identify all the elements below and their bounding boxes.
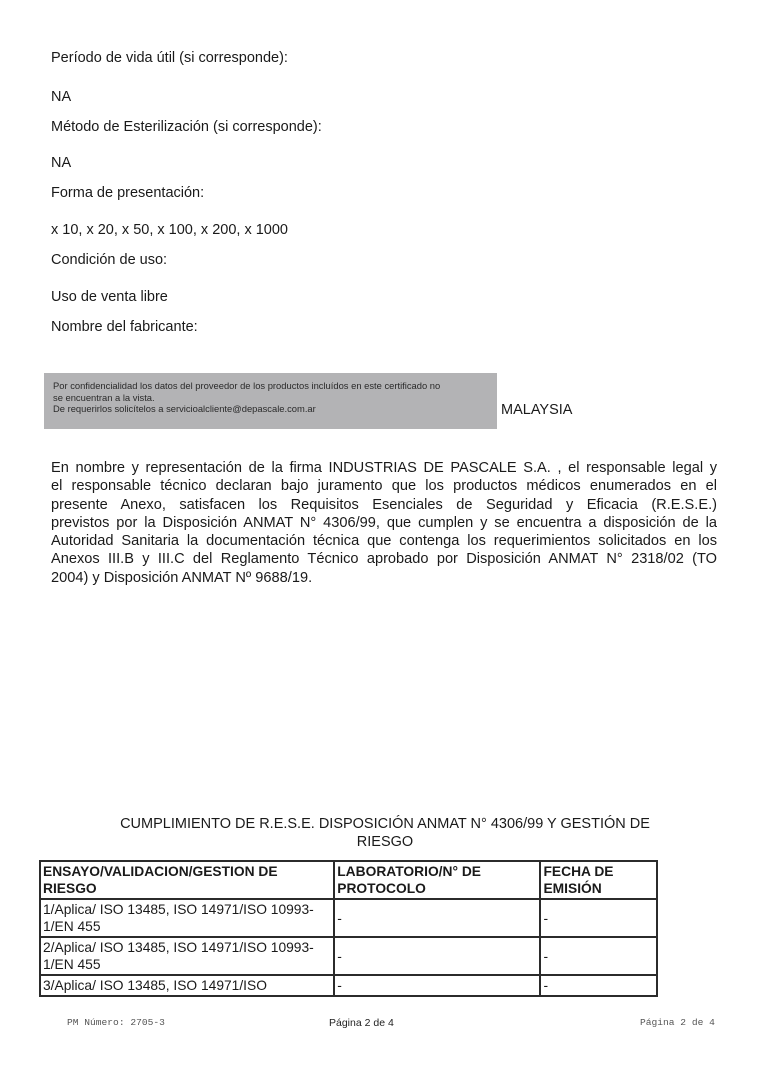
shelf-life-label: Período de vida útil (si corresponde): <box>51 49 288 67</box>
manufacturer-country: MALAYSIA <box>501 401 572 419</box>
cell-test: 2/Aplica/ ISO 13485, ISO 14971/ISO 10993… <box>40 937 334 975</box>
redaction-notice-line: se encuentran a la vista. <box>53 392 489 404</box>
header-lab: LABORATORIO/N° DE PROTOCOLO <box>334 861 540 899</box>
header-date: FECHA DE EMISIÓN <box>540 861 657 899</box>
compliance-title-line: CUMPLIMIENTO DE R.E.S.E. DISPOSICIÓN ANM… <box>90 815 680 833</box>
redaction-notice-line: Por confidencialidad los datos del prove… <box>53 380 489 392</box>
sterilization-method-value: NA <box>51 154 71 172</box>
condition-of-use-value: Uso de venta libre <box>51 288 168 306</box>
cell-lab: - <box>334 937 540 975</box>
cell-test: 1/Aplica/ ISO 13485, ISO 14971/ISO 10993… <box>40 899 334 937</box>
manufacturer-redaction-box: Por confidencialidad los datos del prove… <box>44 373 497 429</box>
compliance-table: ENSAYO/VALIDACION/GESTION DE RIESGO LABO… <box>39 860 658 997</box>
header-test: ENSAYO/VALIDACION/GESTION DE RIESGO <box>40 861 334 899</box>
condition-of-use-label: Condición de uso: <box>51 251 167 269</box>
compliance-section-title: CUMPLIMIENTO DE R.E.S.E. DISPOSICIÓN ANM… <box>90 815 680 851</box>
declaration-line: el responsable técnico declaran bajo jur… <box>51 477 717 495</box>
shelf-life-value: NA <box>51 88 71 106</box>
manufacturer-label: Nombre del fabricante: <box>51 318 198 336</box>
declaration-line: En nombre y representación de la firma I… <box>51 459 717 477</box>
declaration-line: previstos por la Disposición ANMAT N° 43… <box>51 514 717 532</box>
sworn-declaration: En nombre y representación de la firma I… <box>51 459 717 587</box>
table-header-row: ENSAYO/VALIDACION/GESTION DE RIESGO LABO… <box>40 861 657 899</box>
sterilization-method-label: Método de Esterilización (si corresponde… <box>51 118 322 136</box>
cell-test: 3/Aplica/ ISO 13485, ISO 14971/ISO <box>40 975 334 996</box>
page-number-right: Página 2 de 4 <box>640 1017 715 1028</box>
compliance-title-line: RIESGO <box>90 833 680 851</box>
cell-date: - <box>540 975 657 996</box>
declaration-line: 2004) y Disposición ANMAT Nº 9688/19. <box>51 569 717 587</box>
declaration-line: Autoridad Sanitaria la documentación téc… <box>51 532 717 550</box>
pm-number: PM Número: 2705-3 <box>67 1017 165 1028</box>
redaction-notice-line: De requerirlos solicítelos a servicioalc… <box>53 403 489 415</box>
presentation-label: Forma de presentación: <box>51 184 204 202</box>
declaration-line: presente Anexo, satisfacen los Requisito… <box>51 496 717 514</box>
table-row: 2/Aplica/ ISO 13485, ISO 14971/ISO 10993… <box>40 937 657 975</box>
page-number-center: Página 2 de 4 <box>329 1017 394 1029</box>
presentation-value: x 10, x 20, x 50, x 100, x 200, x 1000 <box>51 221 288 239</box>
cell-date: - <box>540 937 657 975</box>
table-row: 1/Aplica/ ISO 13485, ISO 14971/ISO 10993… <box>40 899 657 937</box>
cell-lab: - <box>334 975 540 996</box>
table-row: 3/Aplica/ ISO 13485, ISO 14971/ISO - - <box>40 975 657 996</box>
declaration-line: Anexos III.B y III.C del Reglamento Técn… <box>51 550 717 568</box>
cell-date: - <box>540 899 657 937</box>
cell-lab: - <box>334 899 540 937</box>
